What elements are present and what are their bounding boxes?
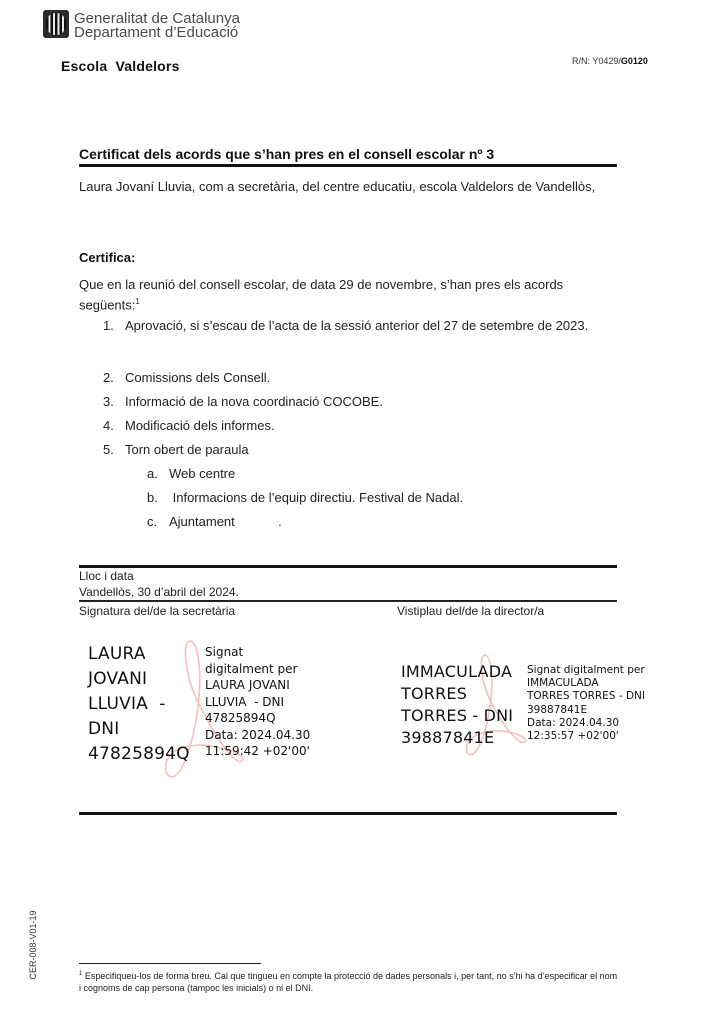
director-signature-details[interactable]: Signat digitalment per IMMACULADA TORRES… xyxy=(527,664,645,743)
list-item-text: Modificació dels informes. xyxy=(125,414,611,438)
list-item-number: 3. xyxy=(103,394,119,409)
secretary-signature-name[interactable]: LAURA JOVANI LLUVIA - DNI 47825894Q xyxy=(88,642,190,767)
intro-paragraph: Laura Jovaní Lluvia, com a secretària, d… xyxy=(79,178,617,195)
list-item-number: 1. xyxy=(103,318,119,333)
signature-time: 11:59:42 +02'00' xyxy=(205,743,310,760)
secretary-signature-details[interactable]: Signat digitalment per LAURA JOVANI LLUV… xyxy=(205,644,310,760)
signature-detail-line: TORRES TORRES - DNI xyxy=(527,690,645,703)
signature-name-line: LLUVIA - xyxy=(88,692,190,717)
footnote-text: Especifiqueu-los de forma breu. Cal que … xyxy=(79,971,617,993)
director-signature-name[interactable]: IMMACULADA TORRES TORRES - DNI 39887841E xyxy=(401,661,513,749)
signature-detail-line: Signat xyxy=(205,644,310,661)
signature-date: Data: 2024.04.30 xyxy=(527,717,645,730)
list-item-number: 4. xyxy=(103,418,119,433)
signature-divider xyxy=(79,600,617,602)
reference-code: G0120 xyxy=(621,56,648,66)
signature-name-line: TORRES - DNI xyxy=(401,705,513,727)
signature-detail-line: digitalment per xyxy=(205,661,310,678)
signature-name-line: IMMACULADA xyxy=(401,661,513,683)
agreements-intro: Que en la reunió del consell escolar, de… xyxy=(79,276,617,313)
sub-item-letter: c. xyxy=(147,514,157,529)
place-date-label: Lloc i data xyxy=(79,569,134,583)
footnote: 1 Especifiqueu-los de forma breu. Cal qu… xyxy=(79,968,619,994)
signature-bottom-divider xyxy=(79,812,617,815)
reference-number: R/N: Y0429/G0120 xyxy=(572,56,648,66)
sub-item-letter: a. xyxy=(147,466,158,481)
signature-top-divider xyxy=(79,565,617,568)
signature-name-line: JOVANI xyxy=(88,667,190,692)
title-divider xyxy=(79,164,617,167)
sub-item-letter: b. xyxy=(147,490,158,505)
signature-detail-line: IMMACULADA xyxy=(527,677,645,690)
agreements-intro-text: Que en la reunió del consell escolar, de… xyxy=(79,277,563,312)
secretary-signature-label: Signatura del/de la secretària xyxy=(79,604,235,618)
footnote-divider xyxy=(79,963,261,964)
sub-item-text: Ajuntament . xyxy=(169,514,282,529)
list-item-text: Aprovació, si s’escau de l’acta de la se… xyxy=(125,314,611,338)
certifica-heading: Certifica: xyxy=(79,250,135,265)
department-name: Departament d’Educació xyxy=(74,25,238,40)
signature-name-line: 39887841E xyxy=(401,727,513,749)
signature-name-line: TORRES xyxy=(401,683,513,705)
signature-detail-line: 47825894Q xyxy=(205,710,310,727)
place-date-value: Vandellòs, 30 d’abril del 2024. xyxy=(79,585,239,599)
signature-time: 12:35:57 +02'00' xyxy=(527,730,645,743)
list-item-number: 5. xyxy=(103,442,119,457)
sub-item-text: Web centre xyxy=(169,466,235,481)
signature-name-line: LAURA xyxy=(88,642,190,667)
signature-detail-line: LLUVIA - DNI xyxy=(205,694,310,711)
document-title: Certificat dels acords que s’han pres en… xyxy=(79,146,494,162)
signature-name-line: 47825894Q xyxy=(88,742,190,767)
signature-detail-line: 39887841E xyxy=(527,704,645,717)
signature-detail-line: Signat digitalment per xyxy=(527,664,645,677)
signature-detail-line: LAURA JOVANI xyxy=(205,677,310,694)
school-name: Escola Valdelors xyxy=(61,58,180,74)
reference-prefix: R/N: Y0429/ xyxy=(572,56,621,66)
list-item-number: 2. xyxy=(103,370,119,385)
catalan-flag-logo-icon xyxy=(43,10,69,38)
list-item-text: Comissions dels Consell. xyxy=(125,366,611,390)
director-approval-label: Vistiplau del/de la director/a xyxy=(397,604,544,618)
list-item-text: Informació de la nova coordinació COCOBE… xyxy=(125,390,611,414)
list-item-text: Torn obert de paraula xyxy=(125,438,611,462)
document-code: CER-008-V01-19 xyxy=(28,905,38,985)
sub-item-text: Informacions de l’equip directiu. Festiv… xyxy=(169,490,463,505)
footnote-reference: 1 xyxy=(135,297,139,306)
signature-name-line: DNI xyxy=(88,717,190,742)
signature-date: Data: 2024.04.30 xyxy=(205,727,310,744)
